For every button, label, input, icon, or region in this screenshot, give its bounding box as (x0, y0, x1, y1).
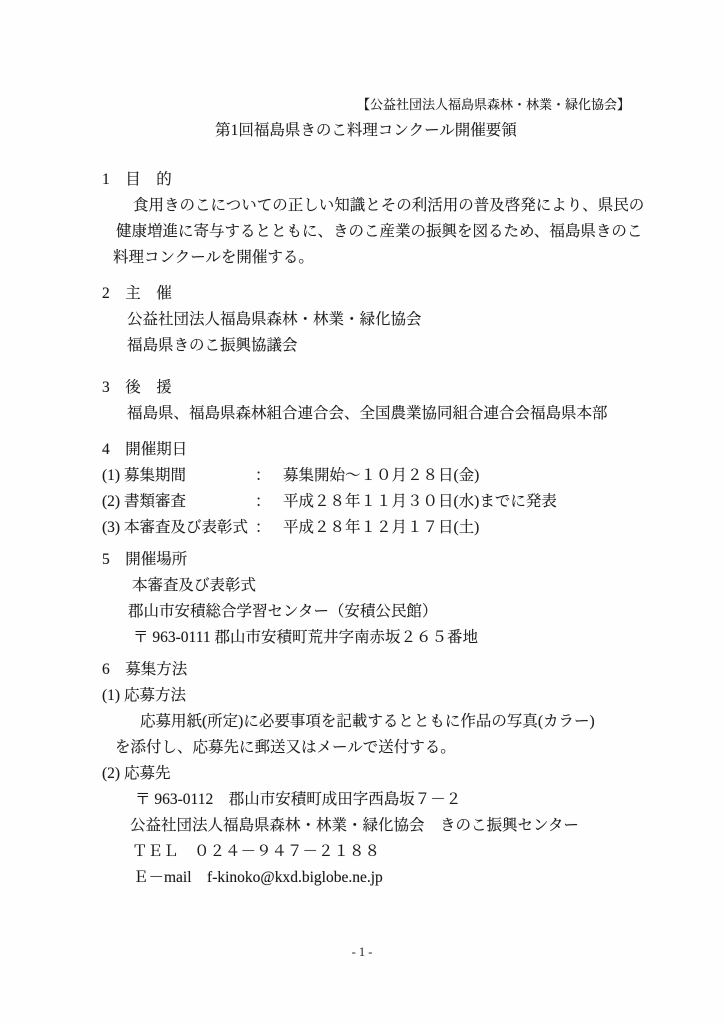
application-method-line-1: 応募用紙(所定)に必要事項を記載するとともに作品の写真(カラー) (140, 709, 630, 735)
application-method-heading: (1) 応募方法 (102, 683, 630, 709)
document-title: 第1回福島県きのこ料理コンクール開催要領 (102, 118, 630, 144)
header-organization: 【公益社団法人福島県森林・林業・緑化協会】 (102, 92, 630, 118)
organizer-heading: 2 主 催 (102, 281, 630, 307)
schedule-item-3-value: 平成２８年１２月１７日(土) (283, 515, 479, 541)
section-schedule: 4 開催期日 (1) 募集期間 ： 募集開始～１０月２８日(金) (2) 書類審… (102, 437, 630, 541)
purpose-line-3: 料理コンクールを開催する。 (113, 245, 630, 271)
schedule-item-3-colon: ： (255, 515, 283, 541)
schedule-item-1-colon: ： (255, 463, 283, 489)
section-purpose: 1 目 的 食用きのこについての正しい知識とその利活用の普及啓発により、県民の … (102, 167, 630, 271)
organizer-line-2: 福島県きのこ振興協議会 (127, 333, 630, 359)
schedule-item-3: (3) 本審査及び表彰式 ： 平成２８年１２月１７日(土) (102, 515, 630, 541)
schedule-item-1: (1) 募集期間 ： 募集開始～１０月２８日(金) (102, 463, 630, 489)
schedule-heading: 4 開催期日 (102, 437, 630, 463)
section-support: 3 後 援 福島県、福島県森林組合連合会、全国農業協同組合連合会福島県本部 (102, 375, 630, 427)
section-venue: 5 開催場所 本審査及び表彰式 郡山市安積総合学習センター（安積公民館） 〒 9… (102, 547, 630, 651)
purpose-heading: 1 目 的 (102, 167, 630, 193)
support-heading: 3 後 援 (102, 375, 630, 401)
schedule-item-2: (2) 書類審査 ： 平成２８年１１月３０日(水)までに発表 (102, 489, 630, 515)
organizer-line-1: 公益社団法人福島県森林・林業・緑化協会 (127, 307, 630, 333)
document-page: 【公益社団法人福島県森林・林業・緑化協会】 第1回福島県きのこ料理コンクール開催… (0, 0, 724, 1024)
schedule-item-3-label: (3) 本審査及び表彰式 (102, 515, 255, 541)
application-heading: 6 募集方法 (102, 657, 630, 683)
application-organization: 公益社団法人福島県森林・林業・緑化協会 きのこ振興センター (130, 813, 630, 839)
page-number: - 1 - (0, 944, 724, 960)
application-email: Ｅ－mail f-kinoko@kxd.biglobe.ne.jp (133, 865, 630, 891)
support-line-1: 福島県、福島県森林組合連合会、全国農業協同組合連合会福島県本部 (127, 401, 630, 427)
application-destination-heading: (2) 応募先 (102, 761, 630, 787)
venue-postal-address: 〒 963-0111 郡山市安積町荒井字南赤坂２６５番地 (133, 625, 630, 651)
venue-heading: 5 開催場所 (102, 547, 630, 573)
application-postal-address: 〒 963-0112 郡山市安積町成田字西島坂７－２ (135, 787, 630, 813)
schedule-item-2-colon: ： (255, 489, 283, 515)
section-application: 6 募集方法 (1) 応募方法 応募用紙(所定)に必要事項を記載するとともに作品… (102, 657, 630, 891)
application-method-line-2: を添付し、応募先に郵送又はメールで送付する。 (115, 735, 630, 761)
application-tel: ＴＥＬ ０２４－９４７－２１８８ (132, 839, 630, 865)
schedule-item-1-value: 募集開始～１０月２８日(金) (283, 463, 479, 489)
schedule-item-2-label: (2) 書類審査 (102, 489, 255, 515)
schedule-item-2-value: 平成２８年１１月３０日(水)までに発表 (283, 489, 557, 515)
venue-line-1: 本審査及び表彰式 (132, 573, 630, 599)
purpose-line-1: 食用きのこについての正しい知識とその利活用の普及啓発により、県民の (133, 193, 630, 219)
schedule-item-1-label: (1) 募集期間 (102, 463, 255, 489)
section-organizer: 2 主 催 公益社団法人福島県森林・林業・緑化協会 福島県きのこ振興協議会 (102, 281, 630, 359)
venue-line-2: 郡山市安積総合学習センター（安積公民館） (128, 599, 630, 625)
document-content: 【公益社団法人福島県森林・林業・緑化協会】 第1回福島県きのこ料理コンクール開催… (102, 92, 630, 891)
purpose-line-2: 健康増進に寄与するとともに、きのこ産業の振興を図るため、福島県きのこ (116, 219, 630, 245)
